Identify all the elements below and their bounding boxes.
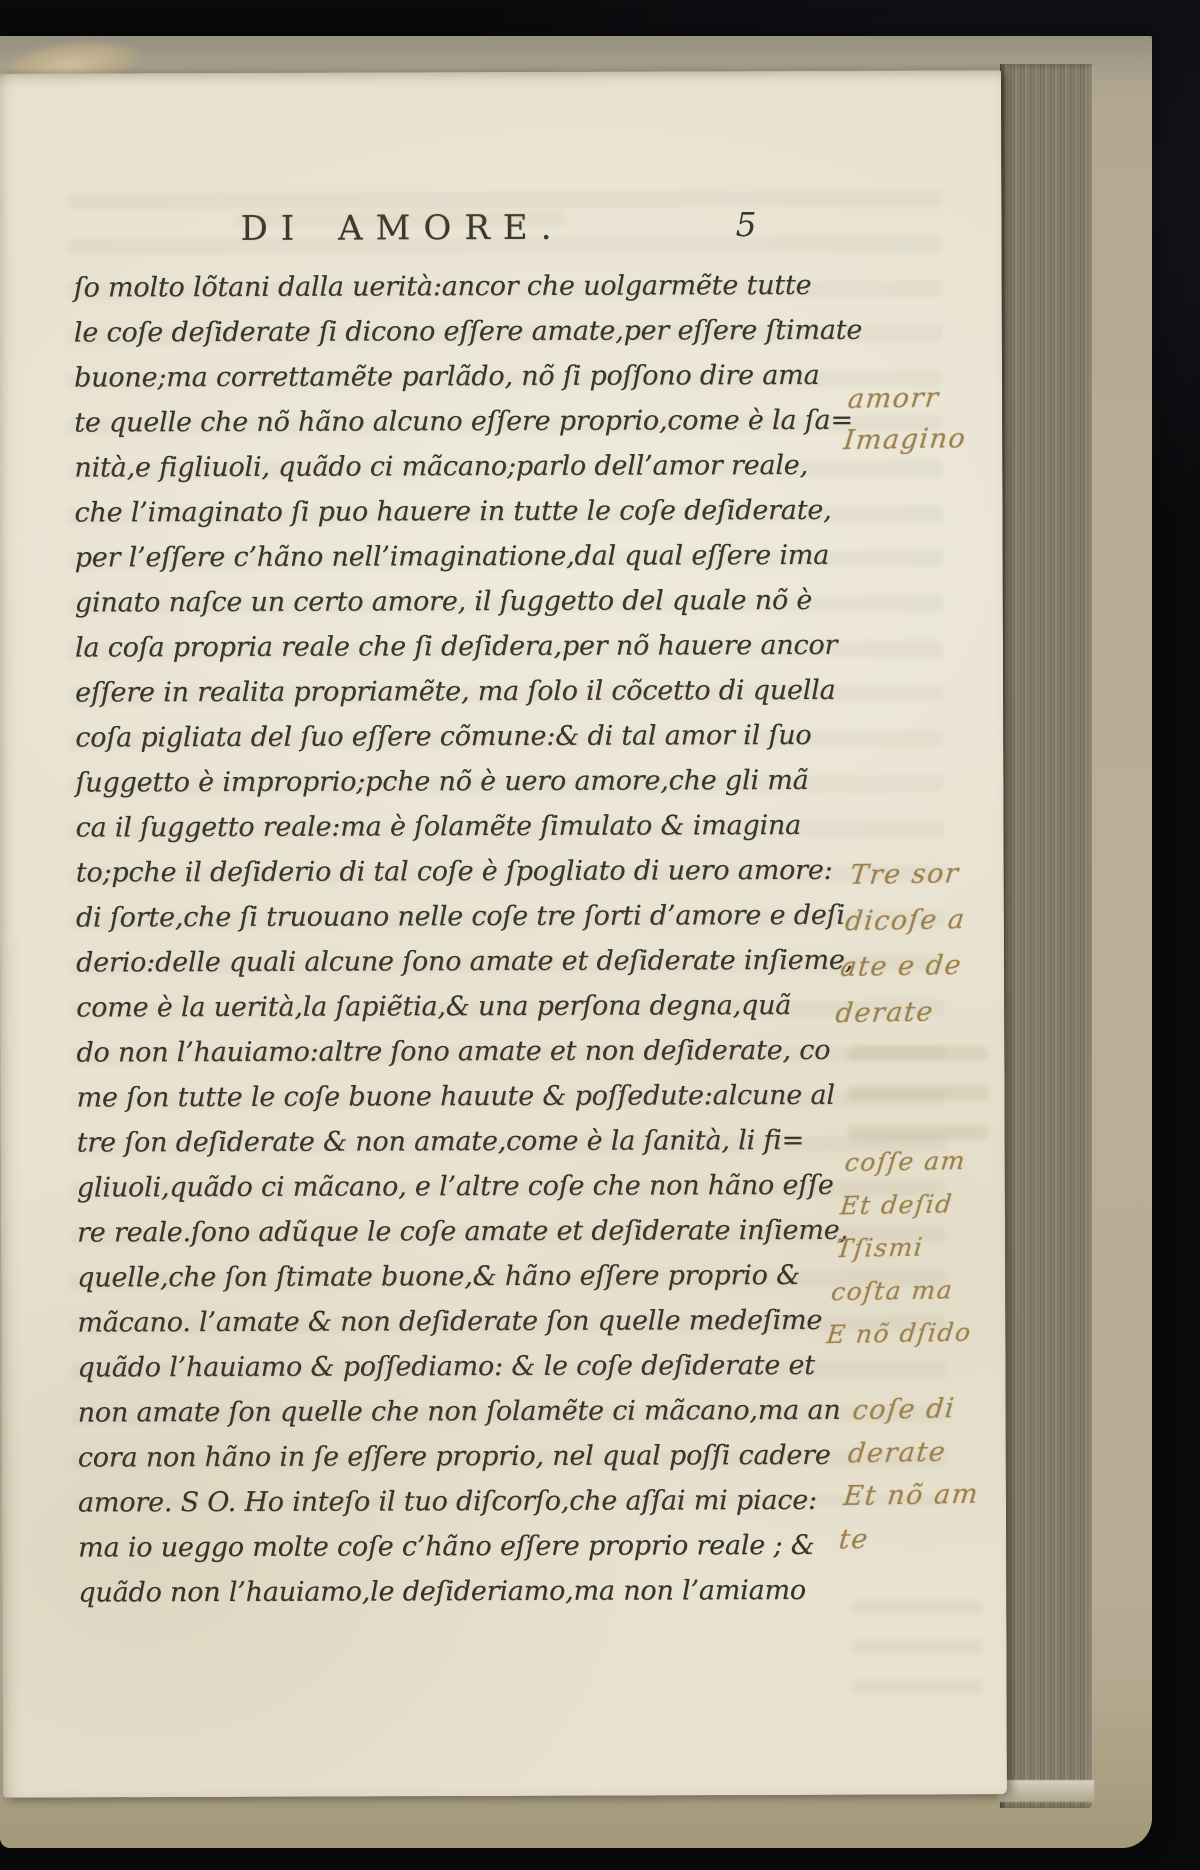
marginalia-note-cose-amate: coſſe amEt deſidTſismicoſta maE nõ dſido (825, 1139, 993, 1356)
text-line: cora non hãno in ſe eſſere proprio, nel … (78, 1433, 848, 1481)
running-title: DI AMORE. (240, 208, 564, 249)
marginalia-line: coſſe am (843, 1139, 992, 1185)
marginalia-note-amor-imaginato: amorrImagino (842, 377, 973, 461)
text-line: quãdo non l’hauiamo,le deſideriamo,ma no… (78, 1568, 848, 1616)
text-line: di ſorte,che ſi truouano nelle coſe tre … (76, 893, 846, 941)
page-number: 5 (735, 205, 756, 244)
marginalia-line: dicoſe a (843, 897, 969, 945)
text-line: derio:delle quali alcune ſono amate et d… (76, 938, 846, 986)
text-line: me ſon tutte le coſe buone hauute & poſſ… (76, 1073, 846, 1121)
text-line: do non l’hauiamo:altre ſono amate et non… (76, 1028, 846, 1076)
text-line: non amate ſon quelle che non ſolamẽte ci… (78, 1388, 848, 1436)
text-line: le coſe deſiderate ſi dicono eſſere amat… (74, 308, 844, 356)
text-line: nità,e figliuoli, quãdo ci mãcano;parlo … (74, 443, 844, 491)
text-line: buone;ma correttamẽte parlãdo, nõ ſi poſ… (74, 353, 844, 401)
marginalia-line: Et nõ am (841, 1473, 981, 1518)
marginalia-line: derate (846, 1430, 986, 1475)
marginalia-line: Imagino (842, 418, 969, 461)
text-line: ca il ſuggetto reale:ma è ſolamẽte ſimul… (76, 803, 846, 851)
text-line: quelle,che ſon ſtimate buone,& hãno eſſe… (77, 1253, 847, 1301)
page-fore-edge (1000, 64, 1092, 1808)
text-line: eſſere in realita propriamẽte, ma ſolo i… (75, 668, 845, 716)
fore-edge-bottom-highlight (998, 1780, 1094, 1802)
page-header: DI AMORE. 5 (0, 206, 1002, 260)
text-line: per l’eſſere c’hãno nell’imaginatione,da… (75, 533, 845, 581)
text-line: coſa pigliata del ſuo eſſere cõmune:& di… (75, 713, 845, 761)
text-line: amore. S O. Ho inteſo il tuo diſcorſo,ch… (78, 1478, 848, 1526)
text-line: come è la uerità,la ſapiẽtia,& una perſo… (76, 983, 846, 1031)
text-line: te quelle che nõ hãno alcuno eſſere prop… (74, 398, 844, 446)
marginalia-line: te (837, 1516, 977, 1561)
marginalia-line: derate (833, 989, 959, 1037)
text-line: ſo molto lõtani dalla uerità:ancor che u… (74, 263, 844, 311)
text-line: re reale.ſono adũque le coſe amate et de… (77, 1208, 847, 1256)
text-line: to;pche il deſiderio di tal coſe è ſpogl… (76, 848, 846, 896)
text-line: ginato naſce un certo amore, il ſuggetto… (75, 578, 845, 626)
marginalia-line: Tſismi (834, 1225, 983, 1271)
book-scan: DI AMORE. 5 ſo molto lõtani dalla uerità… (0, 0, 1200, 1870)
marginalia-line: E nõ dſido (825, 1311, 974, 1357)
marginalia-line: Et deſid (838, 1182, 987, 1228)
text-line: tre ſon deſiderate & non amate,come è la… (77, 1118, 847, 1166)
marginalia-line: coſe di (850, 1387, 990, 1432)
text-line: la coſa propria reale che ſi deſidera,pe… (75, 623, 845, 671)
marginalia-line: amorr (846, 377, 973, 420)
text-line: ſuggetto è improprio;pche nõ è uero amor… (75, 758, 845, 806)
marginalia-line: coſta ma (829, 1268, 978, 1314)
marginalia-note-tre-sorti: Tre sordicoſe aate e dederate (833, 851, 974, 1037)
marginalia-note-cose-desiderate: coſe diderateEt nõ amte (837, 1387, 990, 1561)
marginalia-line: ate e de (838, 943, 964, 991)
text-line: mãcano. l’amate & non deſiderate ſon que… (77, 1298, 847, 1346)
printed-text-block: ſo molto lõtani dalla uerità:ancor che u… (74, 263, 849, 1616)
text-line: gliuoli,quãdo ci mãcano, e l’altre coſe … (77, 1163, 847, 1211)
text-line: che l’imaginato ſi puo hauere in tutte l… (74, 488, 844, 536)
text-line: quãdo l’hauiamo & poſſediamo: & le coſe … (77, 1343, 847, 1391)
text-line: ma io ueggo molte coſe c’hãno eſſere pro… (78, 1523, 848, 1571)
marginalia-line: Tre sor (848, 851, 974, 899)
